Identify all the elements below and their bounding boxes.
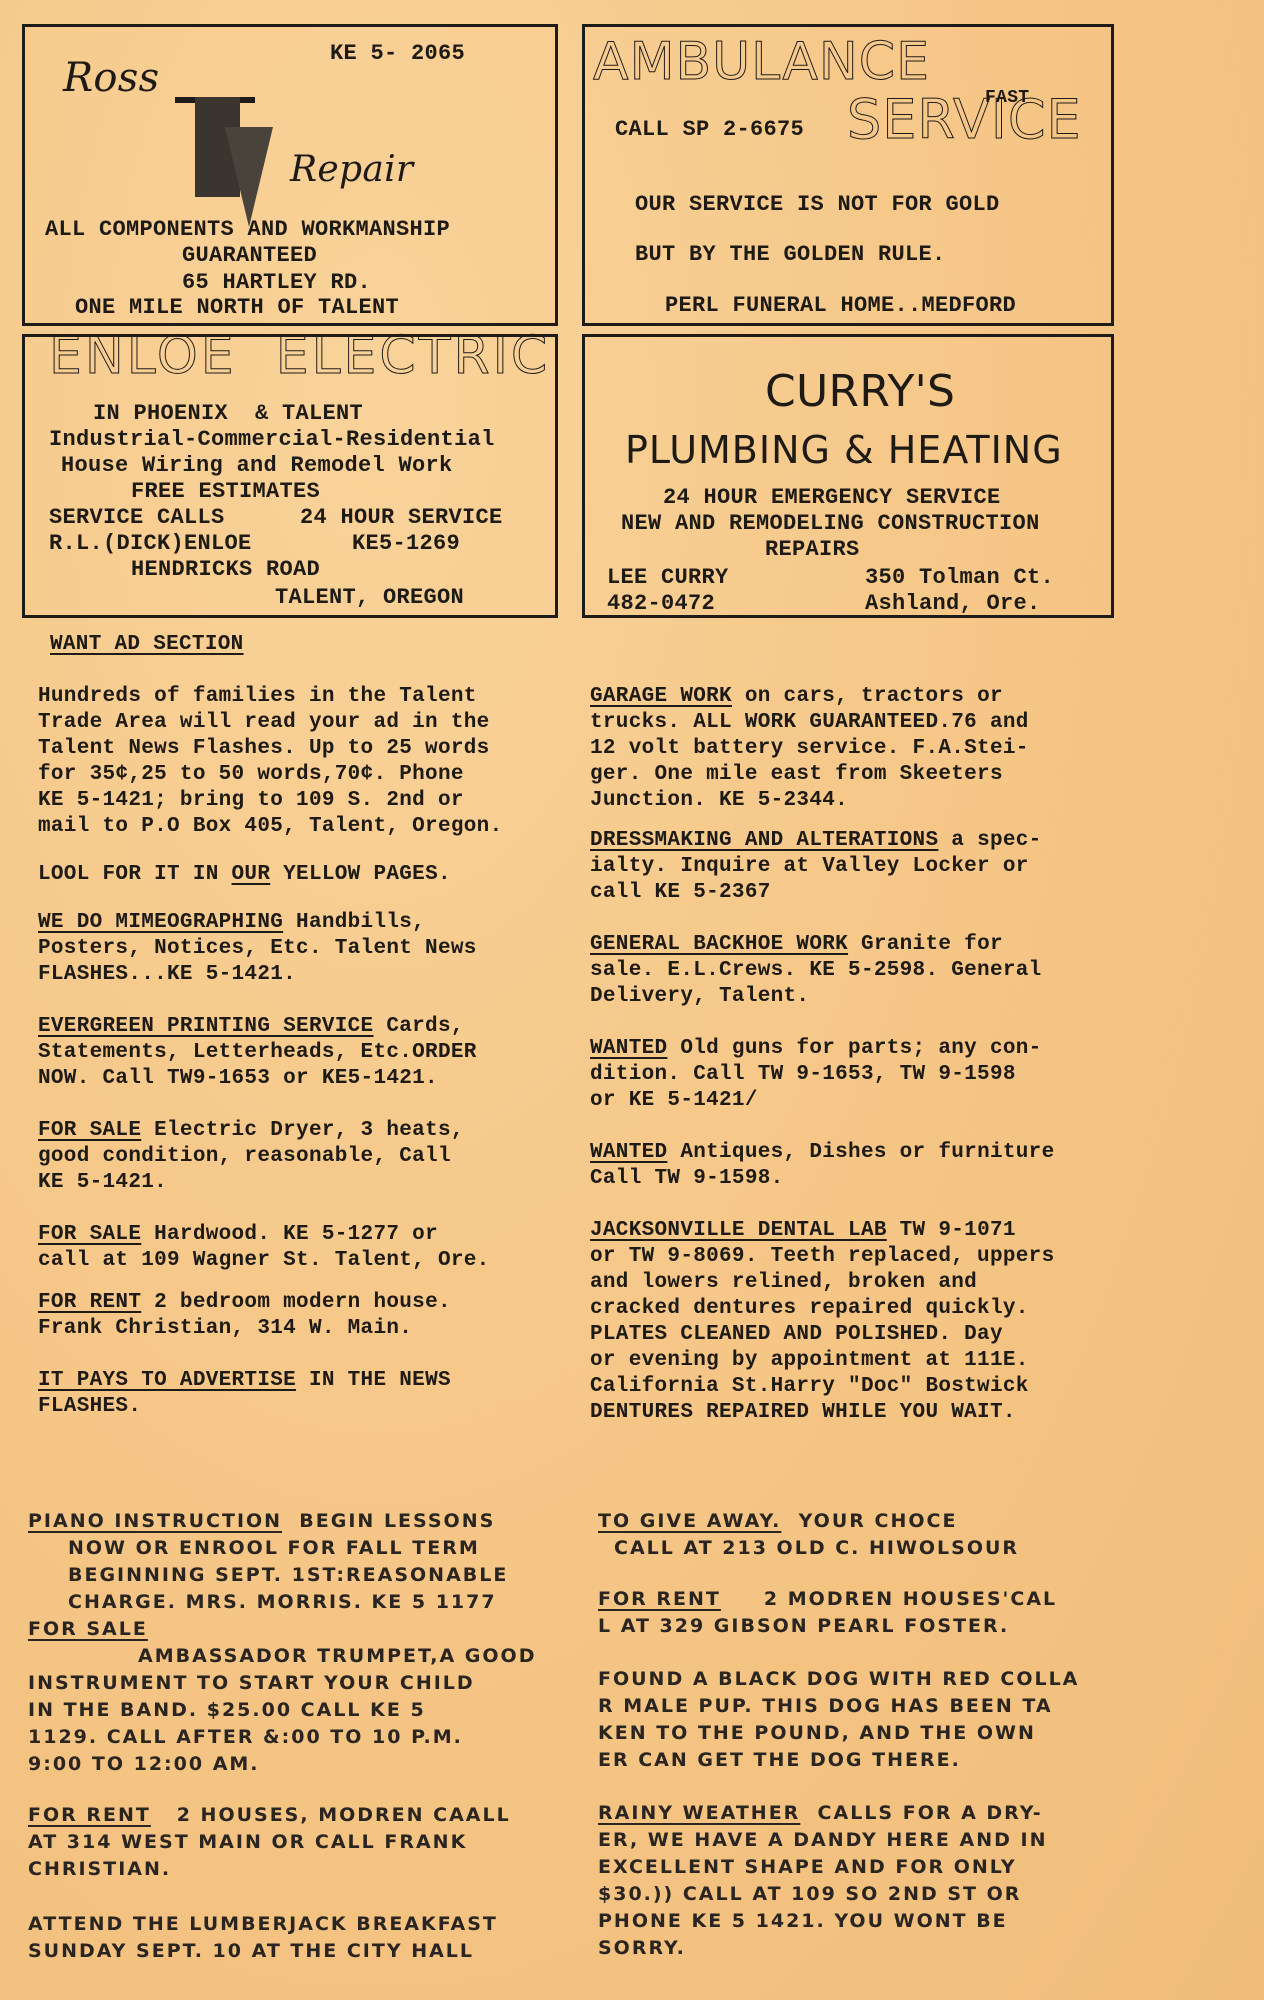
ross-repair-text: Repair	[290, 157, 413, 183]
ad-item: RAINY WEATHER CALLS FOR A DRY-ER, WE HAV…	[598, 1800, 1158, 1962]
ad-line: Call TW 9-1598.	[590, 1166, 1150, 1192]
ad-line: SUNDAY SEPT. 10 AT THE CITY HALL	[28, 1938, 588, 1965]
curry-city: Ashland, Ore.	[865, 591, 1041, 617]
ross-phone: KE 5- 2065	[330, 41, 465, 67]
ad-line: Trade Area will read your ad in the	[38, 710, 578, 736]
ad-heading: PIANO INSTRUCTION	[28, 1510, 282, 1532]
ad-line: DENTURES REPAIRED WHILE YOU WAIT.	[590, 1400, 1150, 1426]
ross-line: ALL COMPONENTS AND WORKMANSHIP	[45, 217, 450, 243]
ad-item: WE DO MIMEOGRAPHING Handbills,Posters, N…	[38, 910, 578, 988]
ad-text: Electric Dryer, 3 heats,	[141, 1119, 464, 1142]
ad-first-line: PIANO INSTRUCTION BEGIN LESSONS	[28, 1508, 588, 1535]
ad-line: CHARGE. MRS. MORRIS. KE 5 1177	[28, 1589, 588, 1616]
ad-text: on cars, tractors or	[732, 685, 1003, 708]
ambulance-line: PERL FUNERAL HOME..MEDFORD	[665, 293, 1016, 319]
ad-item: EVERGREEN PRINTING SERVICE Cards,Stateme…	[38, 1014, 578, 1092]
ad-text: Old guns for parts; any con-	[667, 1037, 1041, 1060]
ad-text: Cards,	[373, 1015, 463, 1038]
ad-line: or TW 9-8069. Teeth replaced, uppers	[590, 1244, 1150, 1270]
ad-ross-tv-repair: KE 5- 2065 Ross Repair ALL COMPONENTS AN…	[22, 24, 558, 326]
ad-text: Handbills,	[283, 911, 425, 934]
curry-line: 24 HOUR EMERGENCY SERVICE	[663, 485, 1001, 511]
ad-heading: FOR RENT	[28, 1804, 151, 1826]
ad-line: California St.Harry "Doc" Bostwick	[590, 1374, 1150, 1400]
ad-heading: FOR SALE	[28, 1618, 148, 1640]
curry-title: CURRY'S	[765, 379, 955, 405]
ad-first-line: GENERAL BACKHOE WORK Granite for	[590, 932, 1150, 958]
ambulance-line: OUR SERVICE IS NOT FOR GOLD	[635, 192, 1000, 218]
ad-text: Antiques, Dishes or furniture	[667, 1141, 1054, 1164]
ad-line: Delivery, Talent.	[590, 984, 1150, 1010]
ad-heading: FOR SALE	[38, 1119, 141, 1142]
ad-item: LOOL FOR IT IN OUR YELLOW PAGES.	[38, 862, 578, 888]
ad-ambulance-service: AMBULANCE FAST CALL SP 2-6675 SERVICE OU…	[582, 24, 1114, 326]
ad-heading: GENERAL BACKHOE WORK	[590, 933, 848, 956]
ad-line: dition. Call TW 9-1653, TW 9-1598	[590, 1062, 1150, 1088]
ad-line: Statements, Letterheads, Etc.ORDER	[38, 1040, 578, 1066]
ad-line: INSTRUMENT TO START YOUR CHILD	[28, 1670, 588, 1697]
ad-line: sale. E.L.Crews. KE 5-2598. General	[590, 958, 1150, 984]
ad-heading: WE DO MIMEOGRAPHING	[38, 911, 283, 934]
ambulance-phone: CALL SP 2-6675	[615, 117, 804, 143]
enloe-line: IN PHOENIX & TALENT	[93, 401, 363, 427]
ad-item: WANTED Old guns for parts; any con-ditio…	[590, 1036, 1150, 1114]
ad-text: BEGIN LESSONS	[282, 1510, 495, 1532]
ambulance-service-title: SERVICE	[847, 107, 1082, 133]
enloe-title: ENLOE ELECTRIC	[49, 343, 550, 369]
ad-line: KEN TO THE POUND, AND THE OWN	[598, 1720, 1158, 1747]
ad-line: for 35¢,25 to 50 words,70¢. Phone	[38, 762, 578, 788]
ad-heading: WANTED	[590, 1037, 667, 1060]
ad-line: PLATES CLEANED AND POLISHED. Day	[590, 1322, 1150, 1348]
ad-first-line: FOR SALE Electric Dryer, 3 heats,	[38, 1118, 578, 1144]
ad-heading: FOR RENT	[598, 1588, 721, 1610]
ad-line: Talent News Flashes. Up to 25 words	[38, 736, 578, 762]
enloe-phone: KE5-1269	[352, 531, 460, 557]
ad-line: FOUND A BLACK DOG WITH RED COLLA	[598, 1666, 1158, 1693]
ad-heading: FOR RENT	[38, 1291, 141, 1314]
ad-text: IN THE NEWS	[296, 1369, 451, 1392]
curry-line: REPAIRS	[765, 537, 860, 563]
ad-heading: DRESSMAKING AND ALTERATIONS	[590, 829, 938, 852]
ad-line: 12 volt battery service. F.A.Stei-	[590, 736, 1150, 762]
ross-line: GUARANTEED	[182, 243, 317, 269]
ad-line: SORRY.	[598, 1935, 1158, 1962]
ad-line: R MALE PUP. THIS DOG HAS BEEN TA	[598, 1693, 1158, 1720]
ad-first-line: FOR SALE	[28, 1616, 588, 1643]
curry-line: NEW AND REMODELING CONSTRUCTION	[621, 511, 1040, 537]
ad-line: ialty. Inquire at Valley Locker or	[590, 854, 1150, 880]
newsletter-page: KE 5- 2065 Ross Repair ALL COMPONENTS AN…	[0, 0, 1264, 2000]
ad-item: GARAGE WORK on cars, tractors ortrucks. …	[590, 684, 1150, 814]
ad-line: AT 314 WEST MAIN OR CALL FRANK	[28, 1829, 588, 1856]
ad-line: Junction. KE 5-2344.	[590, 788, 1150, 814]
ad-line: IN THE BAND. $25.00 CALL KE 5	[28, 1697, 588, 1724]
curry-subtitle: PLUMBING & HEATING	[625, 437, 1063, 463]
ad-line: NOW OR ENROOL FOR FALL TERM	[28, 1535, 588, 1562]
ad-text: YOUR CHOCE	[781, 1510, 957, 1532]
ross-line: 65 HARTLEY RD.	[182, 270, 371, 296]
ad-first-line: FOR RENT 2 HOUSES, MODREN CAALL	[28, 1802, 588, 1829]
enloe-line: House Wiring and Remodel Work	[61, 453, 453, 479]
ambulance-title: AMBULANCE	[593, 49, 930, 75]
ad-text: 2 HOUSES, MODREN CAALL	[151, 1804, 511, 1826]
enloe-line-right: 24 HOUR SERVICE	[300, 505, 503, 531]
ad-first-line: EVERGREEN PRINTING SERVICE Cards,	[38, 1014, 578, 1040]
ad-line: Posters, Notices, Etc. Talent News	[38, 936, 578, 962]
ad-line: cracked dentures repaired quickly.	[590, 1296, 1150, 1322]
ad-underlined-word: OUR	[232, 863, 271, 886]
ad-first-line: JACKSONVILLE DENTAL LAB TW 9-1071	[590, 1218, 1150, 1244]
ad-enloe-electric: ENLOE ELECTRIC IN PHOENIX & TALENT Indus…	[22, 334, 558, 618]
ad-line: call KE 5-2367	[590, 880, 1150, 906]
ad-line: FLASHES...KE 5-1421.	[38, 962, 578, 988]
ad-line: ER, WE HAVE A DANDY HERE AND IN	[598, 1827, 1158, 1854]
curry-phone: 482-0472	[607, 591, 715, 617]
ad-heading: FOR SALE	[38, 1223, 141, 1246]
bottom-ads-left-column: PIANO INSTRUCTION BEGIN LESSONSNOW OR EN…	[28, 1508, 588, 1965]
ad-line: PHONE KE 5 1421. YOU WONT BE	[598, 1908, 1158, 1935]
ad-line: LOOL FOR IT IN OUR YELLOW PAGES.	[38, 862, 578, 888]
ad-item: JACKSONVILLE DENTAL LAB TW 9-1071or TW 9…	[590, 1218, 1150, 1426]
ad-currys-plumbing: CURRY'S PLUMBING & HEATING 24 HOUR EMERG…	[582, 334, 1114, 618]
tv-logo-v	[225, 127, 273, 227]
curry-line: LEE CURRY	[607, 565, 729, 591]
ad-item: FOR SALEAMBASSADOR TRUMPET,A GOODINSTRUM…	[28, 1616, 588, 1778]
ad-line: Frank Christian, 314 W. Main.	[38, 1316, 578, 1342]
ad-line: and lowers relined, broken and	[590, 1270, 1150, 1296]
enloe-line: HENDRICKS ROAD	[131, 557, 320, 583]
ad-line: Hundreds of families in the Talent	[38, 684, 578, 710]
ad-heading: GARAGE WORK	[590, 685, 732, 708]
ad-text: LOOL FOR IT IN	[38, 863, 232, 886]
ad-first-line: WANTED Antiques, Dishes or furniture	[590, 1140, 1150, 1166]
ross-name: Ross	[63, 65, 159, 91]
enloe-line: Industrial-Commercial-Residential	[49, 427, 495, 453]
ad-line: ATTEND THE LUMBERJACK BREAKFAST	[28, 1911, 588, 1938]
enloe-line: FREE ESTIMATES	[131, 479, 320, 505]
ad-first-line: DRESSMAKING AND ALTERATIONS a spec-	[590, 828, 1150, 854]
ad-first-line: RAINY WEATHER CALLS FOR A DRY-	[598, 1800, 1158, 1827]
ad-line: BEGINNING SEPT. 1ST:REASONABLE	[28, 1562, 588, 1589]
ad-first-line: WANTED Old guns for parts; any con-	[590, 1036, 1150, 1062]
ad-text: YELLOW PAGES.	[270, 863, 451, 886]
enloe-line: SERVICE CALLS	[49, 505, 225, 531]
ad-line: NOW. Call TW9-1653 or KE5-1421.	[38, 1066, 578, 1092]
enloe-line: R.L.(DICK)ENLOE	[49, 531, 252, 557]
ad-text: Granite for	[848, 933, 1003, 956]
ad-item: DRESSMAKING AND ALTERATIONS a spec-ialty…	[590, 828, 1150, 906]
ad-line: 1129. CALL AFTER &:00 TO 10 P.M.	[28, 1724, 588, 1751]
ad-item: WANTED Antiques, Dishes or furnitureCall…	[590, 1140, 1150, 1192]
ad-heading: JACKSONVILLE DENTAL LAB	[590, 1219, 887, 1242]
ad-line: L AT 329 GIBSON PEARL FOSTER.	[598, 1613, 1158, 1640]
enloe-line: TALENT, OREGON	[275, 585, 464, 611]
ad-line: ER CAN GET THE DOG THERE.	[598, 1747, 1158, 1774]
curry-address: 350 Tolman Ct.	[865, 565, 1054, 591]
ad-first-line: FOR RENT 2 MODREN HOUSES'CAL	[598, 1586, 1158, 1613]
ad-first-line: GARAGE WORK on cars, tractors or	[590, 684, 1150, 710]
ad-text: 2 MODREN HOUSES'CAL	[721, 1588, 1057, 1610]
ad-line: good condition, reasonable, Call	[38, 1144, 578, 1170]
ad-heading: EVERGREEN PRINTING SERVICE	[38, 1015, 373, 1038]
ad-line: trucks. ALL WORK GUARANTEED.76 and	[590, 710, 1150, 736]
ad-line: $30.)) CALL AT 109 SO 2ND ST OR	[598, 1881, 1158, 1908]
ad-line: FLASHES.	[38, 1394, 578, 1420]
ad-item: GENERAL BACKHOE WORK Granite forsale. E.…	[590, 932, 1150, 1010]
ad-line: CALL AT 213 OLD C. HIWOLSOUR	[598, 1535, 1158, 1562]
ad-line: mail to P.O Box 405, Talent, Oregon.	[38, 814, 578, 840]
bottom-ads-right-column: TO GIVE AWAY. YOUR CHOCECALL AT 213 OLD …	[598, 1508, 1158, 1962]
ad-item: ATTEND THE LUMBERJACK BREAKFASTSUNDAY SE…	[28, 1911, 588, 1965]
ad-heading: RAINY WEATHER	[598, 1802, 800, 1824]
ad-line: AMBASSADOR TRUMPET,A GOOD	[28, 1643, 588, 1670]
ad-line: or KE 5-1421/	[590, 1088, 1150, 1114]
ad-text: 2 bedroom modern house.	[141, 1291, 451, 1314]
ad-first-line: WE DO MIMEOGRAPHING Handbills,	[38, 910, 578, 936]
ad-item: FOR RENT 2 bedroom modern house.Frank Ch…	[38, 1290, 578, 1342]
want-ads-right-column: GARAGE WORK on cars, tractors ortrucks. …	[590, 684, 1150, 1426]
ad-heading: WANTED	[590, 1141, 667, 1164]
ad-text: TW 9-1071	[887, 1219, 1016, 1242]
ad-heading: TO GIVE AWAY.	[598, 1510, 781, 1532]
ad-line: KE 5-1421.	[38, 1170, 578, 1196]
want-ads-left-column: Hundreds of families in the TalentTrade …	[38, 684, 578, 1420]
ad-item: TO GIVE AWAY. YOUR CHOCECALL AT 213 OLD …	[598, 1508, 1158, 1562]
ad-text: a spec-	[938, 829, 1041, 852]
want-ad-heading: WANT AD SECTION	[50, 632, 244, 658]
ad-item: FOR RENT 2 MODREN HOUSES'CALL AT 329 GIB…	[598, 1586, 1158, 1640]
ross-line: ONE MILE NORTH OF TALENT	[75, 295, 399, 321]
ambulance-line: BUT BY THE GOLDEN RULE.	[635, 242, 946, 268]
ad-heading: IT PAYS TO ADVERTISE	[38, 1369, 296, 1392]
ad-text: CALLS FOR A DRY-	[800, 1802, 1042, 1824]
ad-line: 9:00 TO 12:00 AM.	[28, 1751, 588, 1778]
ad-text: Hardwood. KE 5-1277 or	[141, 1223, 438, 1246]
ad-item: IT PAYS TO ADVERTISE IN THE NEWSFLASHES.	[38, 1368, 578, 1420]
ad-line: KE 5-1421; bring to 109 S. 2nd or	[38, 788, 578, 814]
ad-line: EXCELLENT SHAPE AND FOR ONLY	[598, 1854, 1158, 1881]
ad-first-line: IT PAYS TO ADVERTISE IN THE NEWS	[38, 1368, 578, 1394]
ad-line: ger. One mile east from Skeeters	[590, 762, 1150, 788]
ad-first-line: FOR SALE Hardwood. KE 5-1277 or	[38, 1222, 578, 1248]
ad-first-line: TO GIVE AWAY. YOUR CHOCE	[598, 1508, 1158, 1535]
ad-item: Hundreds of families in the TalentTrade …	[38, 684, 578, 840]
ad-item: FOR SALE Electric Dryer, 3 heats,good co…	[38, 1118, 578, 1196]
ad-line: CHRISTIAN.	[28, 1856, 588, 1883]
ad-item: FOUND A BLACK DOG WITH RED COLLAR MALE P…	[598, 1666, 1158, 1774]
ad-line: call at 109 Wagner St. Talent, Ore.	[38, 1248, 578, 1274]
ad-line: or evening by appointment at 111E.	[590, 1348, 1150, 1374]
ad-first-line: FOR RENT 2 bedroom modern house.	[38, 1290, 578, 1316]
ad-item: FOR SALE Hardwood. KE 5-1277 orcall at 1…	[38, 1222, 578, 1274]
ad-item: PIANO INSTRUCTION BEGIN LESSONSNOW OR EN…	[28, 1508, 588, 1616]
ad-item: FOR RENT 2 HOUSES, MODREN CAALLAT 314 WE…	[28, 1802, 588, 1883]
